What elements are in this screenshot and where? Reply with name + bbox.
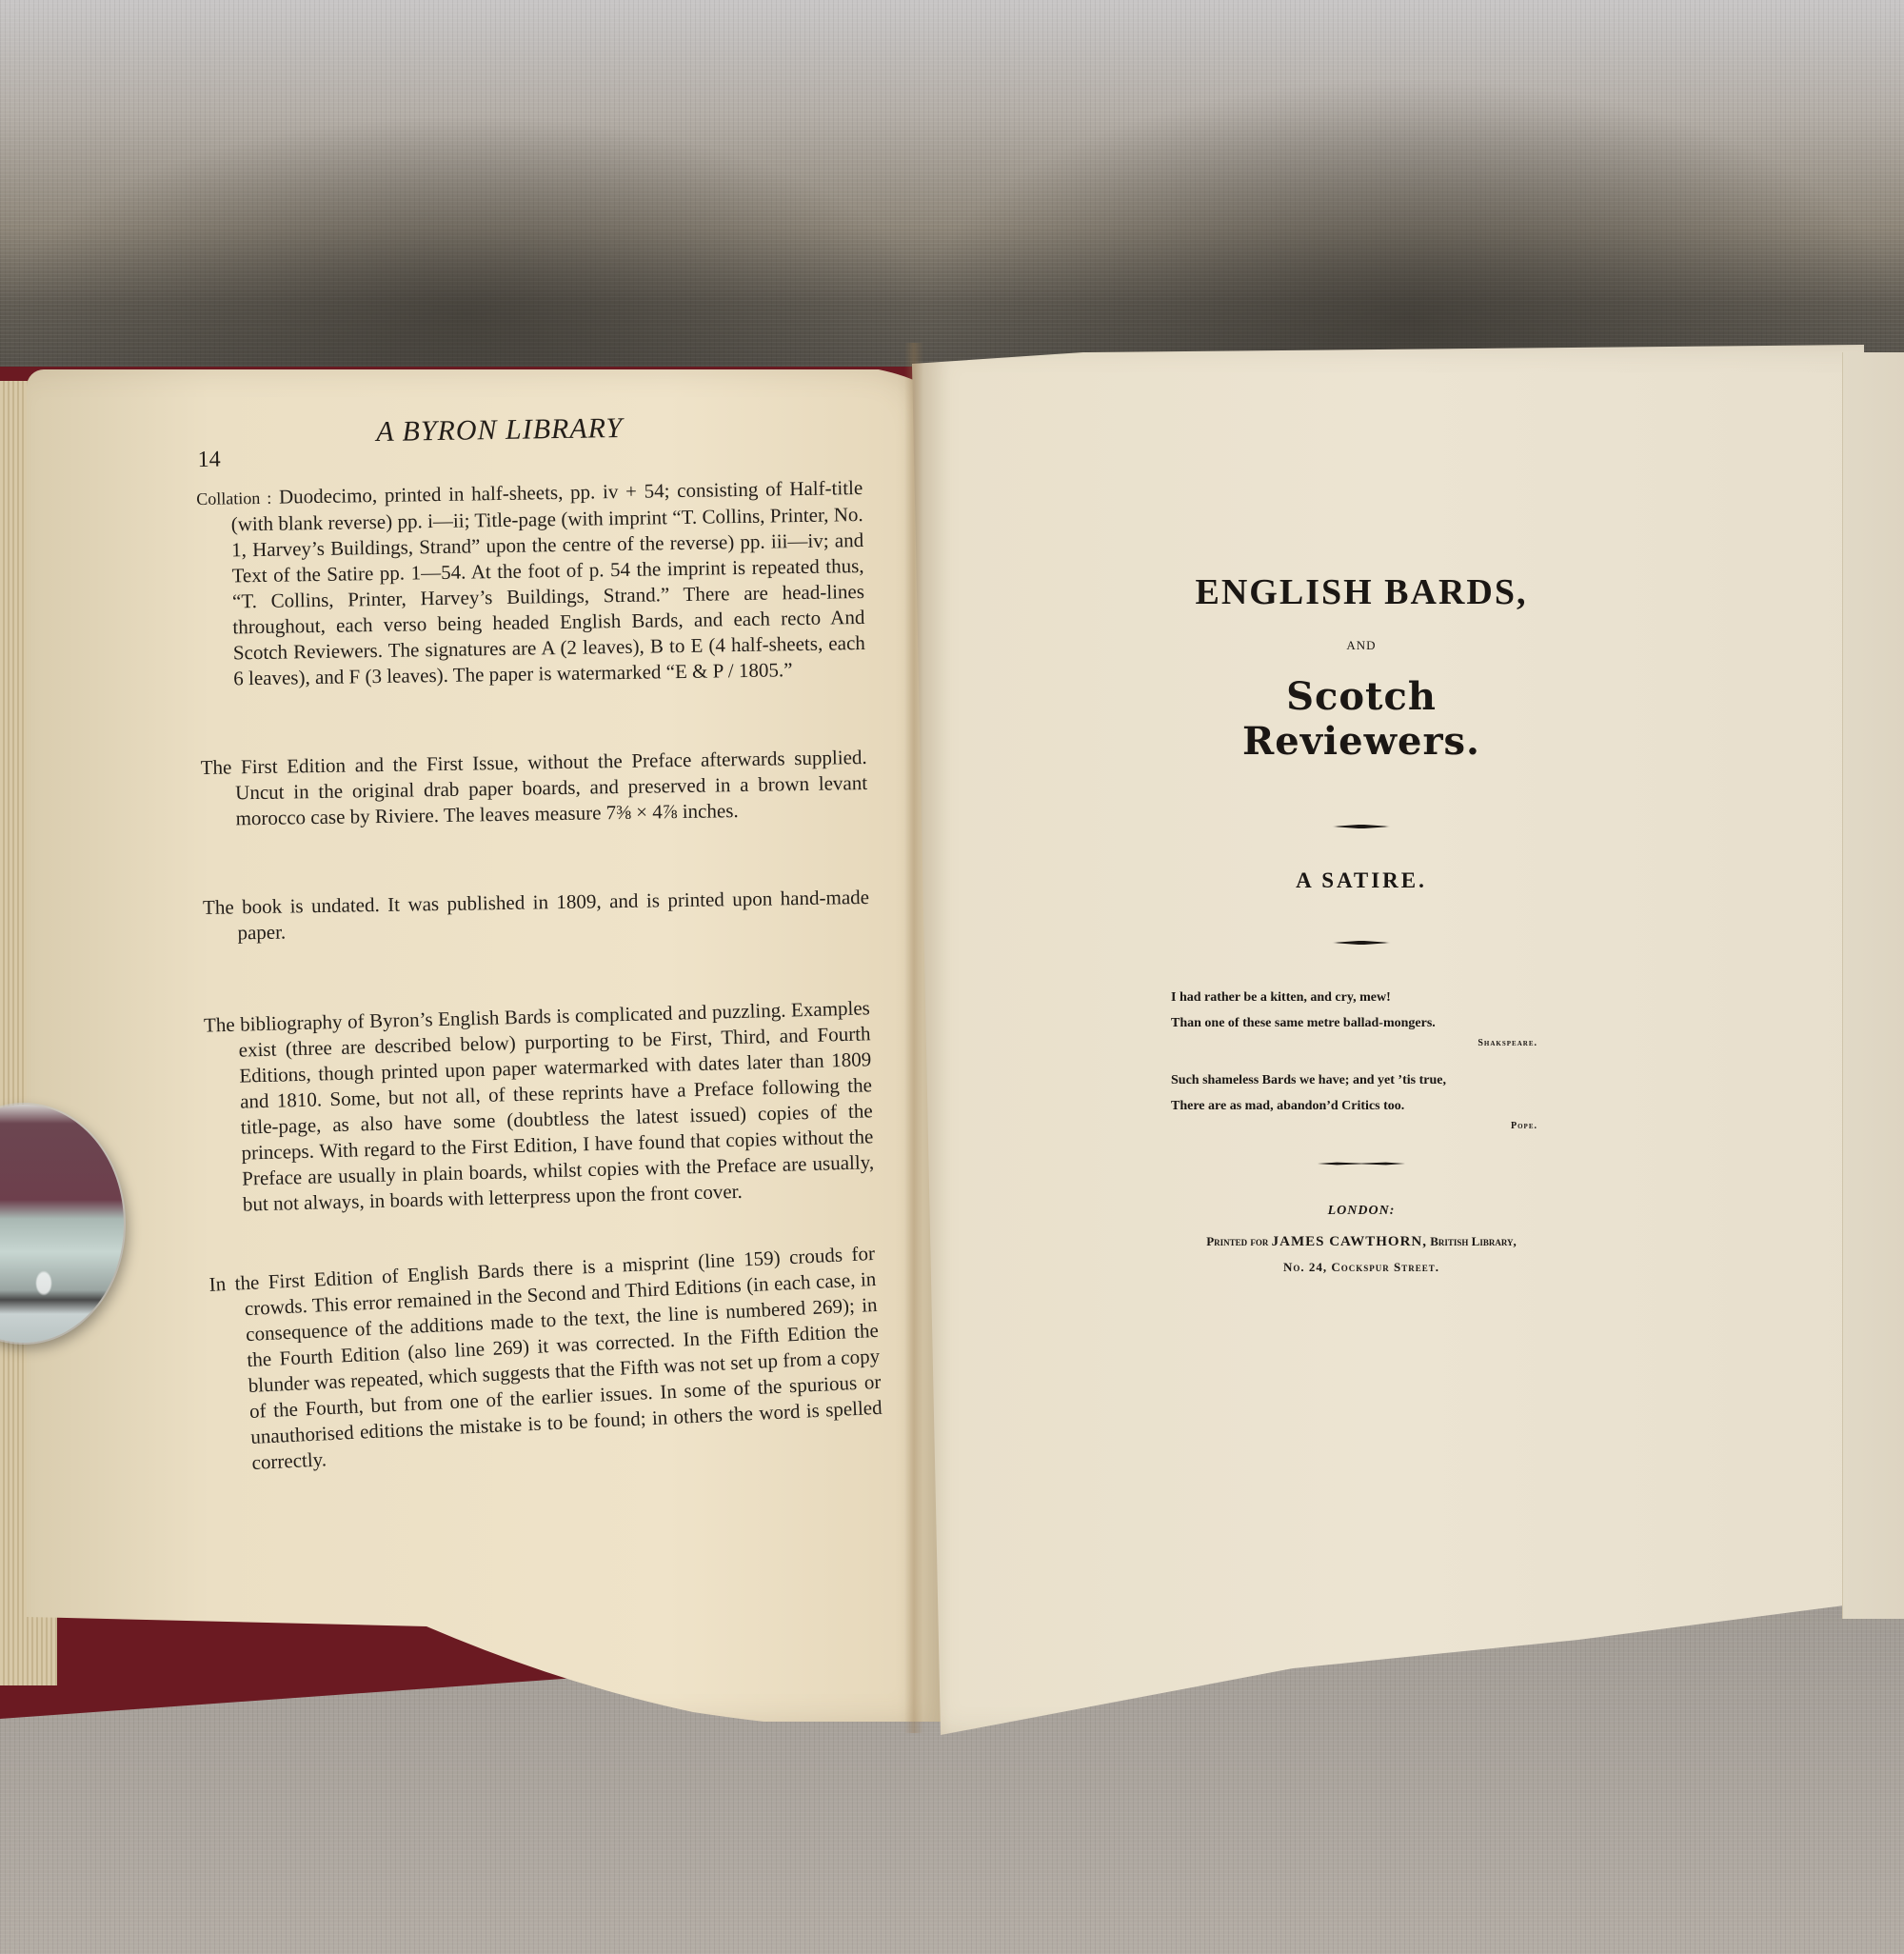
- epigraph-line: There are as mad, abandon’d Critics too.: [1171, 1093, 1552, 1119]
- left-page-text: 14 A BYRON LIBRARY Collation : Duodecimo…: [195, 409, 878, 1478]
- imprint-address: No. 24, Cockspur Street.: [1171, 1260, 1552, 1275]
- page-number: 14: [197, 448, 220, 473]
- imprint-publisher: JAMES CAWTHORN,: [1272, 1234, 1427, 1249]
- epigraph-line: Such shameless Bards we have; and yet ’t…: [1171, 1067, 1552, 1093]
- ornamental-rule-icon: [1332, 825, 1391, 828]
- bibliography-paragraph: The bibliography of Byron’s English Bard…: [204, 995, 875, 1218]
- running-head-title: A BYRON LIBRARY: [376, 412, 623, 449]
- running-head: 14 A BYRON LIBRARY: [195, 409, 863, 476]
- facsimile-title-page: ENGLISH BARDS, AND Scotch Reviewers. A S…: [1171, 562, 1552, 1275]
- collation-text: Duodecimo, printed in half-sheets, pp. i…: [231, 476, 865, 689]
- imprint-printed-for: Printed for: [1206, 1234, 1268, 1248]
- imprint-publisher-line: Printed for JAMES CAWTHORN, British Libr…: [1133, 1234, 1590, 1250]
- collation-paragraph: Collation : Duodecimo, printed in half-s…: [196, 475, 865, 692]
- epigraph-attribution: Shakspeare.: [1171, 1038, 1552, 1048]
- date-paragraph: The book is undated. It was published in…: [203, 885, 870, 947]
- title-scotch-reviewers: Scotch Reviewers.: [1171, 674, 1552, 764]
- title-english-bards: ENGLISH BARDS,: [1171, 571, 1552, 613]
- ornamental-rule-icon: [1332, 941, 1391, 945]
- right-page-fore-edge: [1842, 352, 1904, 1619]
- double-ornamental-rule-icon: [1318, 1162, 1405, 1166]
- imprint-city: LONDON:: [1171, 1204, 1552, 1219]
- title-and: AND: [1171, 638, 1552, 653]
- edition-paragraph: The First Edition and the First Issue, w…: [201, 745, 868, 832]
- book-gutter: [904, 343, 923, 1733]
- epigraph-line: Than one of these same metre ballad-mong…: [1171, 1010, 1552, 1036]
- epigraphs: I had rather be a kitten, and cry, mew! …: [1171, 985, 1552, 1131]
- collation-label: Collation :: [196, 488, 271, 508]
- subtitle: A SATIRE.: [1171, 868, 1552, 893]
- epigraph-line: I had rather be a kitten, and cry, mew!: [1171, 985, 1552, 1010]
- misprint-paragraph: In the First Edition of English Bards th…: [208, 1241, 883, 1478]
- epigraph-attribution: Pope.: [1171, 1121, 1552, 1131]
- imprint-shop: British Library,: [1430, 1234, 1517, 1248]
- book-shadow-left: [0, 114, 933, 400]
